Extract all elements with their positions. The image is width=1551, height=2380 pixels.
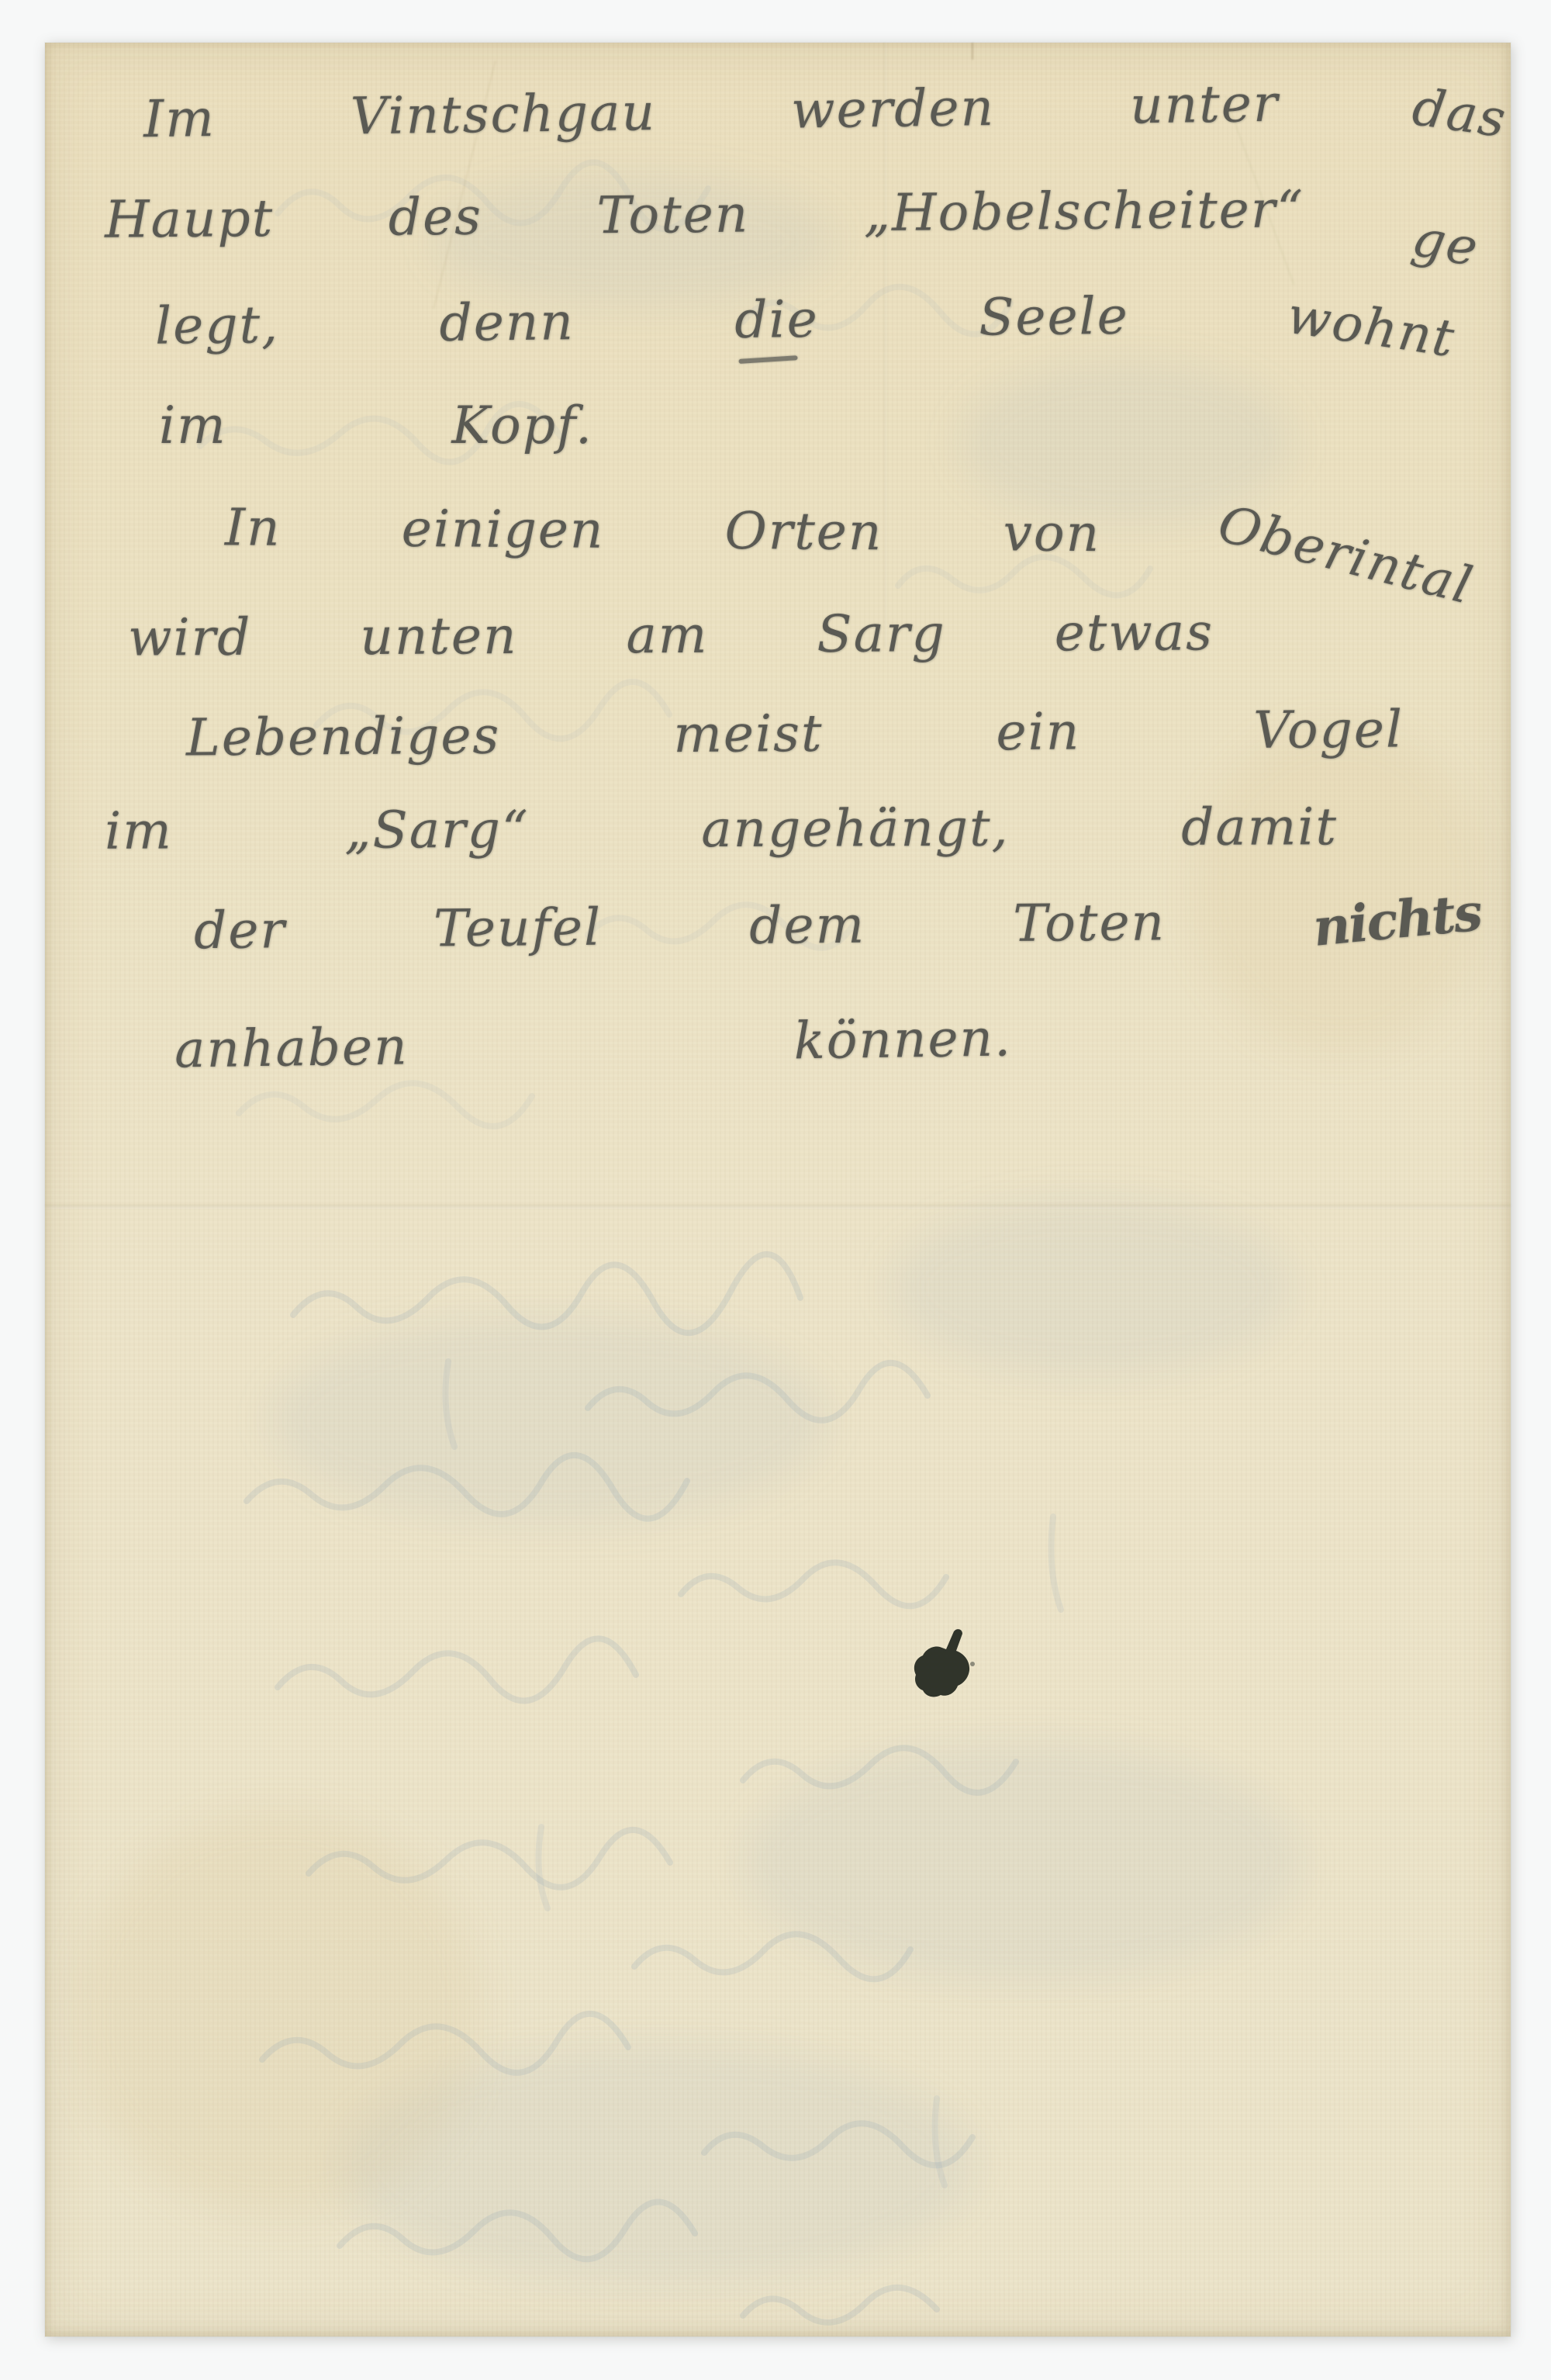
handwritten-word: das: [1408, 77, 1510, 150]
handwritten-word: „Sarg“: [344, 800, 530, 860]
handwritten-word: Sarg: [817, 604, 946, 664]
handwritten-word: am: [626, 605, 708, 666]
handwritten-word: angehängt,: [701, 798, 1010, 859]
handwritten-word: unten: [360, 606, 518, 666]
handwritten-word: anhaben: [174, 1016, 409, 1079]
handwritten-word: dem: [749, 895, 866, 956]
handwriting-line-5: IneinigenOrtenvonOberintal: [225, 497, 1481, 566]
handwritten-word: Vogel: [1253, 700, 1404, 760]
handwriting-layer: ImVintschgauwerdenunterdas HauptdesToten…: [45, 43, 1511, 2337]
handwritten-word: Toten: [596, 185, 749, 246]
handwritten-word: denn: [439, 292, 575, 353]
handwritten-word: Haupt: [105, 189, 275, 250]
handwriting-line-9: derTeufeldemTotennichts: [194, 889, 1482, 960]
handwritten-word: Seele: [979, 286, 1129, 348]
handwritten-word: der: [194, 900, 287, 960]
handwritten-word: ein: [996, 701, 1080, 762]
handwritten-word: Teufel: [434, 898, 603, 959]
handwritten-word: Vintschgau: [350, 82, 656, 146]
handwritten-word: können.: [793, 1008, 1012, 1071]
handwritten-word: im: [159, 396, 227, 455]
scan-background: ImVintschgauwerdenunterdas HauptdesToten…: [0, 0, 1551, 2380]
handwriting-line-3: legt,denndieSeelewohnt: [155, 282, 1459, 356]
handwritten-word: „Hobelscheiter“: [863, 179, 1304, 243]
handwriting-line-10: anhabenkönnen.: [174, 1008, 1013, 1079]
handwritten-word: Kopf.: [451, 396, 593, 455]
handwriting-line-7: LebendigesmeisteinVogel: [186, 700, 1404, 768]
handwritten-word: wird: [128, 607, 252, 668]
handwritten-word: die: [734, 289, 819, 350]
handwritten-word: werden: [791, 78, 996, 140]
handwriting-line-6: wirduntenamSargetwas: [128, 602, 1214, 667]
handwriting-line-1: ImVintschgauwerdenunterdas: [143, 71, 1509, 150]
handwritten-word: Oberintal: [1213, 493, 1480, 616]
handwritten-word: Toten: [1013, 892, 1166, 953]
handwritten-word: Im: [143, 88, 216, 149]
handwritten-word: Orten: [724, 501, 883, 562]
handwritten-word: damit: [1181, 797, 1338, 857]
handwritten-word: etwas: [1054, 602, 1214, 662]
handwritten-word: im: [105, 801, 173, 860]
handwritten-word: einigen: [402, 499, 605, 560]
handwritten-word: von: [1003, 503, 1100, 563]
handwritten-word: meist: [673, 704, 824, 764]
handwritten-word: nichts: [1311, 881, 1484, 957]
handwriting-line-2: HauptdesToten„Hobelscheiter“ge: [105, 178, 1486, 250]
paper-sheet: ImVintschgauwerdenunterdas HauptdesToten…: [45, 43, 1511, 2337]
handwritten-word: In: [225, 497, 282, 558]
handwritten-word: Lebendiges: [186, 706, 501, 768]
handwritten-word: legt,: [155, 295, 280, 356]
handwritten-word: unter: [1130, 74, 1280, 136]
handwritten-word: des: [388, 187, 482, 247]
handwriting-line-4: imKopf.: [159, 396, 593, 455]
handwriting-line-8: im„Sarg“angehängt,damit: [105, 797, 1338, 861]
handwritten-word: ge: [1408, 208, 1484, 278]
handwritten-word: wohnt: [1283, 285, 1459, 369]
